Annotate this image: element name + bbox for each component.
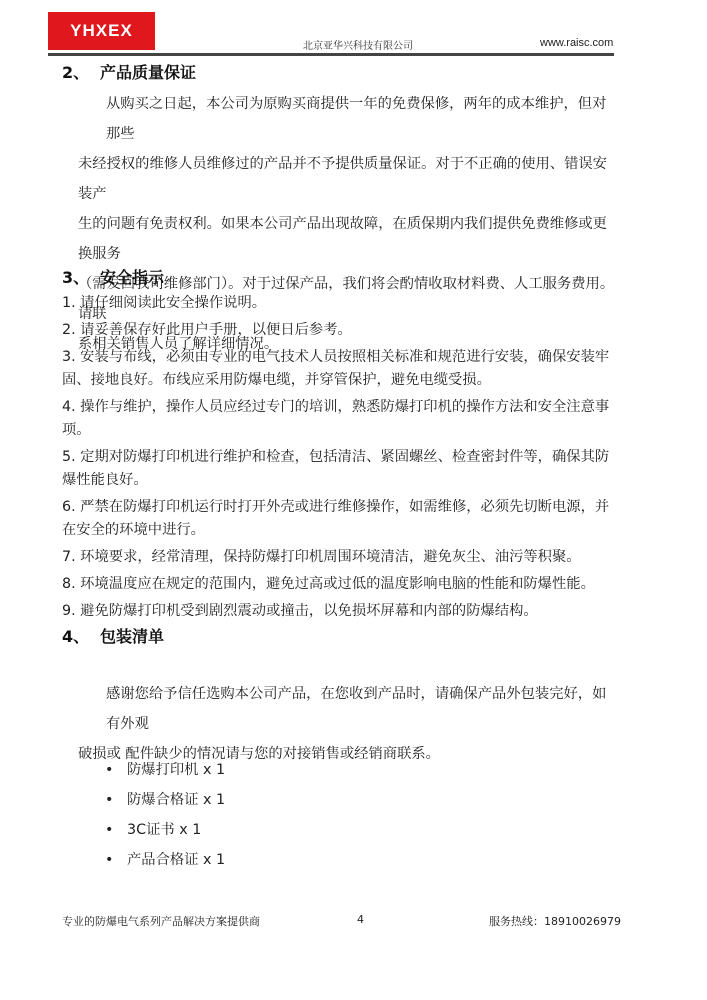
footer-slogan: 专业的防爆电气系列产品解决方案提供商 bbox=[62, 913, 260, 929]
footer-hotline: 服务热线：18910026979 bbox=[489, 913, 621, 929]
list-item: 8. 环境温度应在规定的范围内，避免过高或过低的温度影响电脑的性能和防爆性能。 bbox=[62, 573, 622, 596]
bullet-icon: • bbox=[105, 815, 127, 845]
header-divider bbox=[48, 53, 614, 56]
safety-instructions-list: 1. 请仔细阅读此安全操作说明。 2. 请妥善保存好此用户手册，以便日后参考。 … bbox=[62, 292, 622, 627]
section-heading-safety: 3、安全指示 bbox=[62, 265, 164, 288]
header-website: www.raisc.com bbox=[540, 37, 613, 49]
list-item: 7. 环境要求，经常清理，保持防爆打印机周围环境清洁，避免灰尘、油污等积聚。 bbox=[62, 546, 622, 569]
list-item: •防爆打印机 x 1 bbox=[105, 755, 225, 785]
packing-list: •防爆打印机 x 1 •防爆合格证 x 1 •3C证书 x 1 •产品合格证 x… bbox=[105, 755, 225, 875]
bullet-icon: • bbox=[105, 845, 127, 875]
list-item: 1. 请仔细阅读此安全操作说明。 bbox=[62, 292, 622, 315]
list-item: •防爆合格证 x 1 bbox=[105, 785, 225, 815]
list-item: •产品合格证 x 1 bbox=[105, 845, 225, 875]
section-heading-quality: 2、产品质量保证 bbox=[62, 60, 196, 83]
list-item: 6. 严禁在防爆打印机运行时打开外壳或进行维修操作，如需维修，必须先切断电源，并… bbox=[62, 496, 622, 542]
header-company-name: 北京亚华兴科技有限公司 bbox=[303, 37, 413, 52]
list-item: 5. 定期对防爆打印机进行维护和检查，包括清洁、紧固螺丝、检查密封件等，确保其防… bbox=[62, 446, 622, 492]
section-heading-packing: 4、包装清单 bbox=[62, 624, 164, 647]
page-number: 4 bbox=[357, 913, 364, 926]
list-item: •3C证书 x 1 bbox=[105, 815, 225, 845]
list-item: 4. 操作与维护，操作人员应经过专门的培训，熟悉防爆打印机的操作方法和安全注意事… bbox=[62, 396, 622, 442]
bullet-icon: • bbox=[105, 785, 127, 815]
list-item: 9. 避免防爆打印机受到剧烈震动或撞击，以免损坏屏幕和内部的防爆结构。 bbox=[62, 600, 622, 623]
company-logo: YHXEX bbox=[48, 12, 155, 50]
list-item: 2. 请妥善保存好此用户手册，以便日后参考。 bbox=[62, 319, 622, 342]
list-item: 3. 安装与布线，必须由专业的电气技术人员按照相关标准和规范进行安装，确保安装牢… bbox=[62, 346, 622, 392]
bullet-icon: • bbox=[105, 755, 127, 785]
logo-text: YHXEX bbox=[70, 21, 133, 41]
